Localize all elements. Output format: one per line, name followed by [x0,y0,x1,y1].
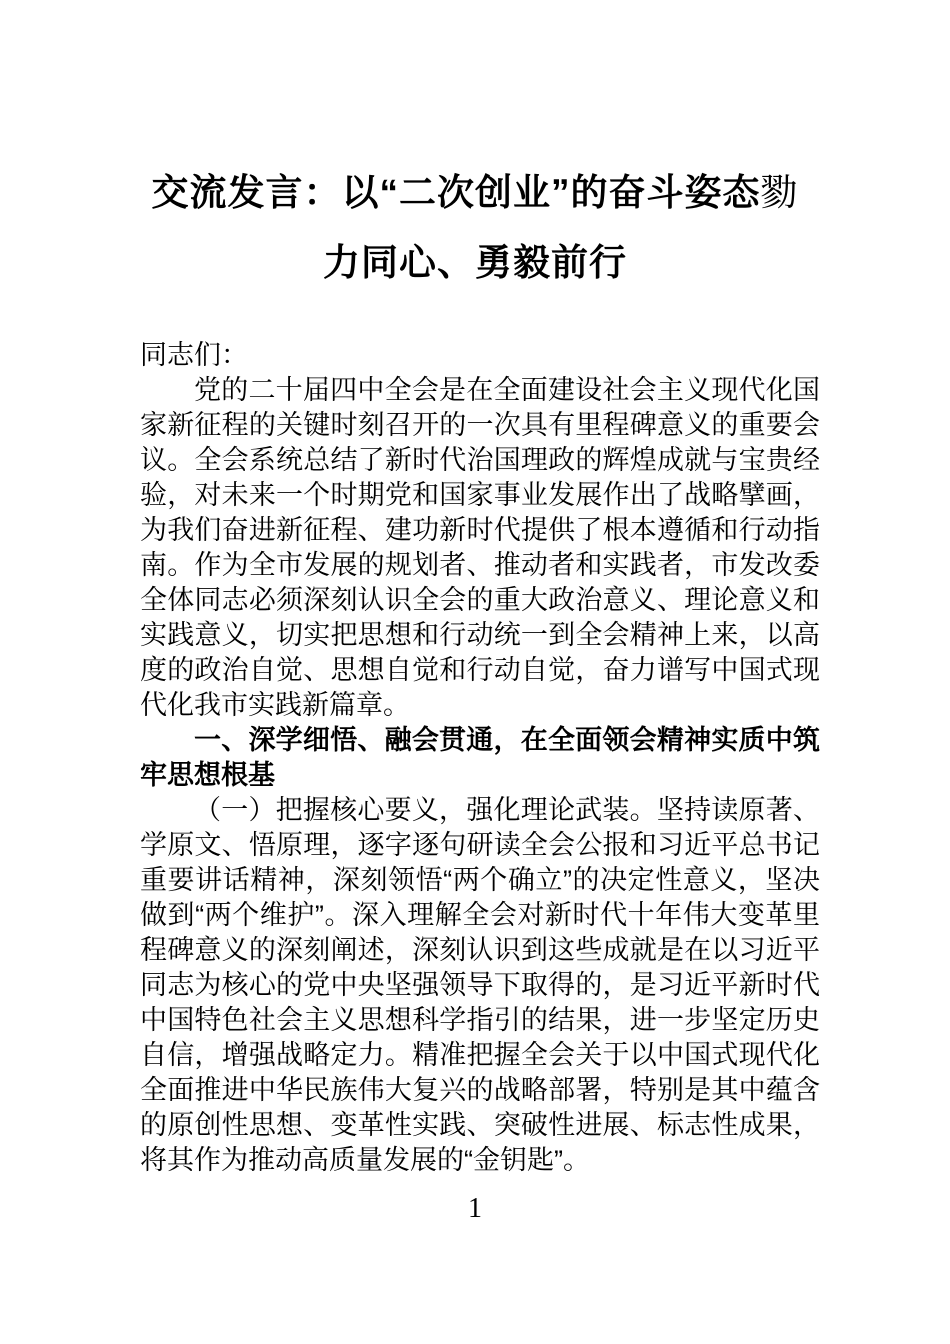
document-body: 同志们： 党的二十届四中全会是在全面建设社会主义现代化国家新征程的关键时刻召开的… [140,338,820,1178]
paragraph-salutation: 同志们： [140,338,820,373]
title-line-1-text: 交流发言：以“二次创业”的奋斗姿态 [152,172,761,213]
document-title: 交流发言：以“二次创业”的奋斗姿态勠 力同心、勇毅前行 [0,0,950,298]
paragraph-intro: 党的二十届四中全会是在全面建设社会主义现代化国家新征程的关键时刻召开的一次具有里… [140,373,820,723]
section-1-heading: 一、深学细悟、融会贯通，在全面领会精神实质中筑牢思想根基 [140,723,820,793]
document-page: 交流发言：以“二次创业”的奋斗姿态勠 力同心、勇毅前行 同志们： 党的二十届四中… [0,0,950,1344]
title-line-2: 力同心、勇毅前行 [80,228,870,298]
page-number: 1 [468,1193,482,1224]
page-footer: 1 [0,1192,950,1226]
title-line-1-fallback-glyph: 勠 [761,172,799,213]
paragraph-section-1-item-1: （一）把握核心要义，强化理论武装。坚持读原著、学原文、悟原理，逐字逐句研读全会公… [140,793,820,1178]
title-line-1: 交流发言：以“二次创业”的奋斗姿态勠 [80,158,870,228]
